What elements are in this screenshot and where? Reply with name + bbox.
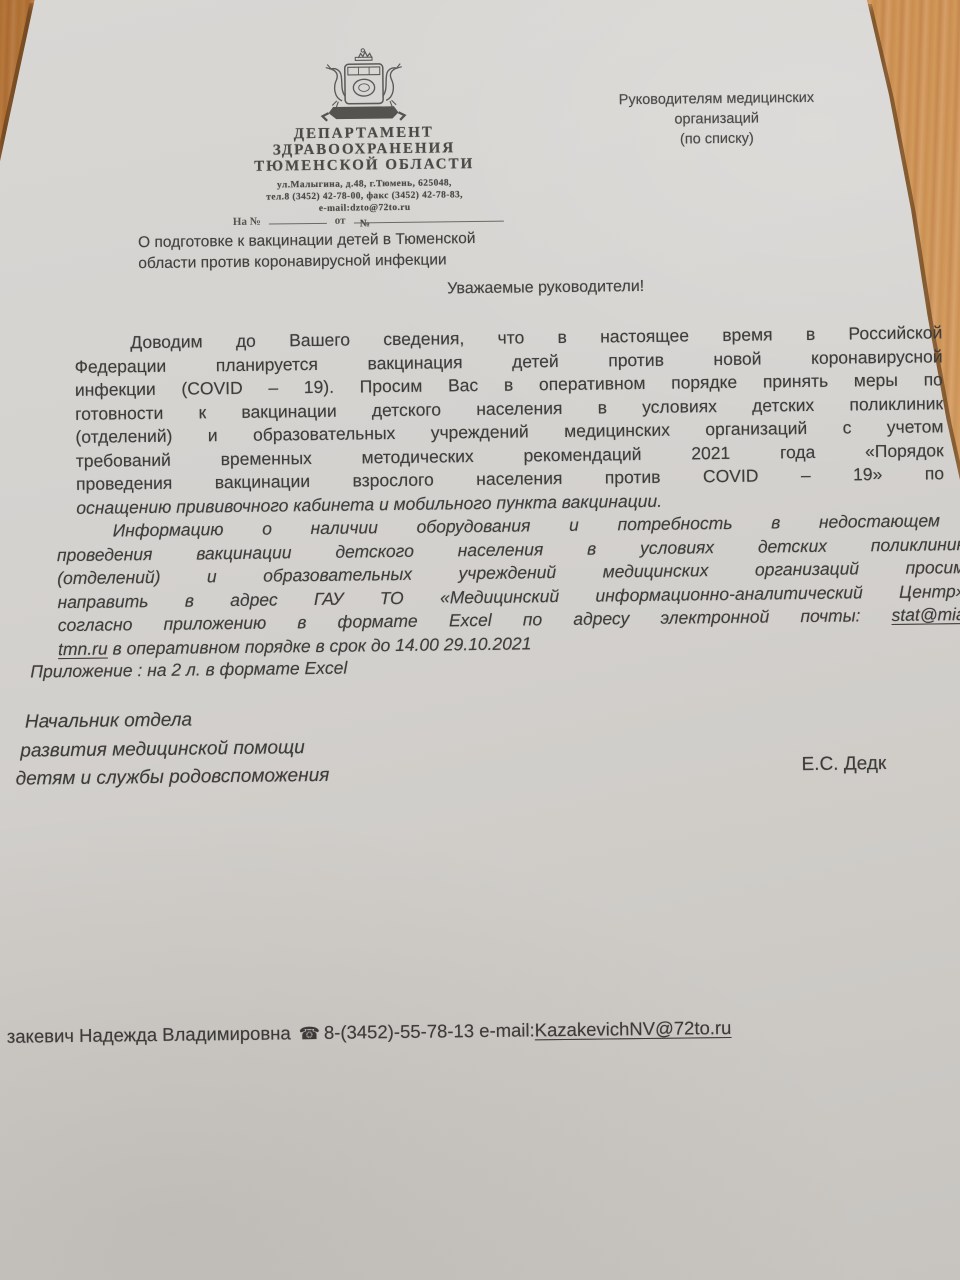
signer-title-line: детям и службы родовспоможения <box>16 762 330 794</box>
phone-icon: ☎ <box>299 1024 320 1043</box>
letter-content: ДЕПАРТАМЕНТ ЗДРАВООХРАНЕНИЯ ТЮМЕНСКОЙ ОБ… <box>0 0 960 1280</box>
signer-name: Е.С. Дедк <box>801 752 960 776</box>
subject-block: О подготовке к вакцинации детей в Тюменс… <box>138 227 558 274</box>
signer-title-line: Начальник отдела <box>15 705 329 737</box>
contact-phone: 8-(3452)-55-78-13 <box>324 1020 474 1043</box>
ref-na-label: На № <box>233 216 261 228</box>
contact-person-name: закевич Надежда Владимировна <box>7 1022 291 1046</box>
salutation: Уважаемые руководители! <box>396 277 696 299</box>
org-name-line: ТЮМЕНСКОЙ ОБЛАСТИ <box>184 155 544 175</box>
signature-block: Начальник отдела развития медицинской по… <box>15 705 330 794</box>
paragraph-1: Доводим до Вашего сведения, что в настоя… <box>74 321 944 520</box>
attachment-note: Приложение : на 2 л. в формате Excel <box>30 658 347 683</box>
subject-line: области против коронавирусной инфекции <box>138 248 558 274</box>
tyumen-oblast-coat-of-arms-icon <box>298 47 429 125</box>
addressee-line: (по списку) <box>582 127 852 150</box>
addressee-line: Руководителям медицинских <box>581 87 851 110</box>
contact-email-link: KazakevichNV@72to.ru <box>535 1017 732 1040</box>
paragraph-2: Информацию о наличии оборудования и потр… <box>57 509 960 661</box>
body-line-text: в оперативном порядке в срок до 14.00 29… <box>112 633 531 658</box>
contact-footer: закевич Надежда Владимировна☎8-(3452)-55… <box>7 1014 960 1048</box>
addressee-block: Руководителям медицинских организаций (п… <box>581 87 852 150</box>
photo-of-letter: ДЕПАРТАМЕНТ ЗДРАВООХРАНЕНИЯ ТЮМЕНСКОЙ ОБ… <box>0 0 960 1280</box>
ref-ot-label: от <box>335 215 346 227</box>
email-link-fragment: stat@mia <box>891 604 960 625</box>
signer-title-line: развития медицинской помощи <box>15 733 329 765</box>
ref-number-blank <box>269 213 327 225</box>
email-link-fragment: tmn.ru <box>58 638 108 659</box>
ref-date-blank <box>353 211 503 224</box>
contact-email-label: e-mail: <box>474 1019 535 1041</box>
